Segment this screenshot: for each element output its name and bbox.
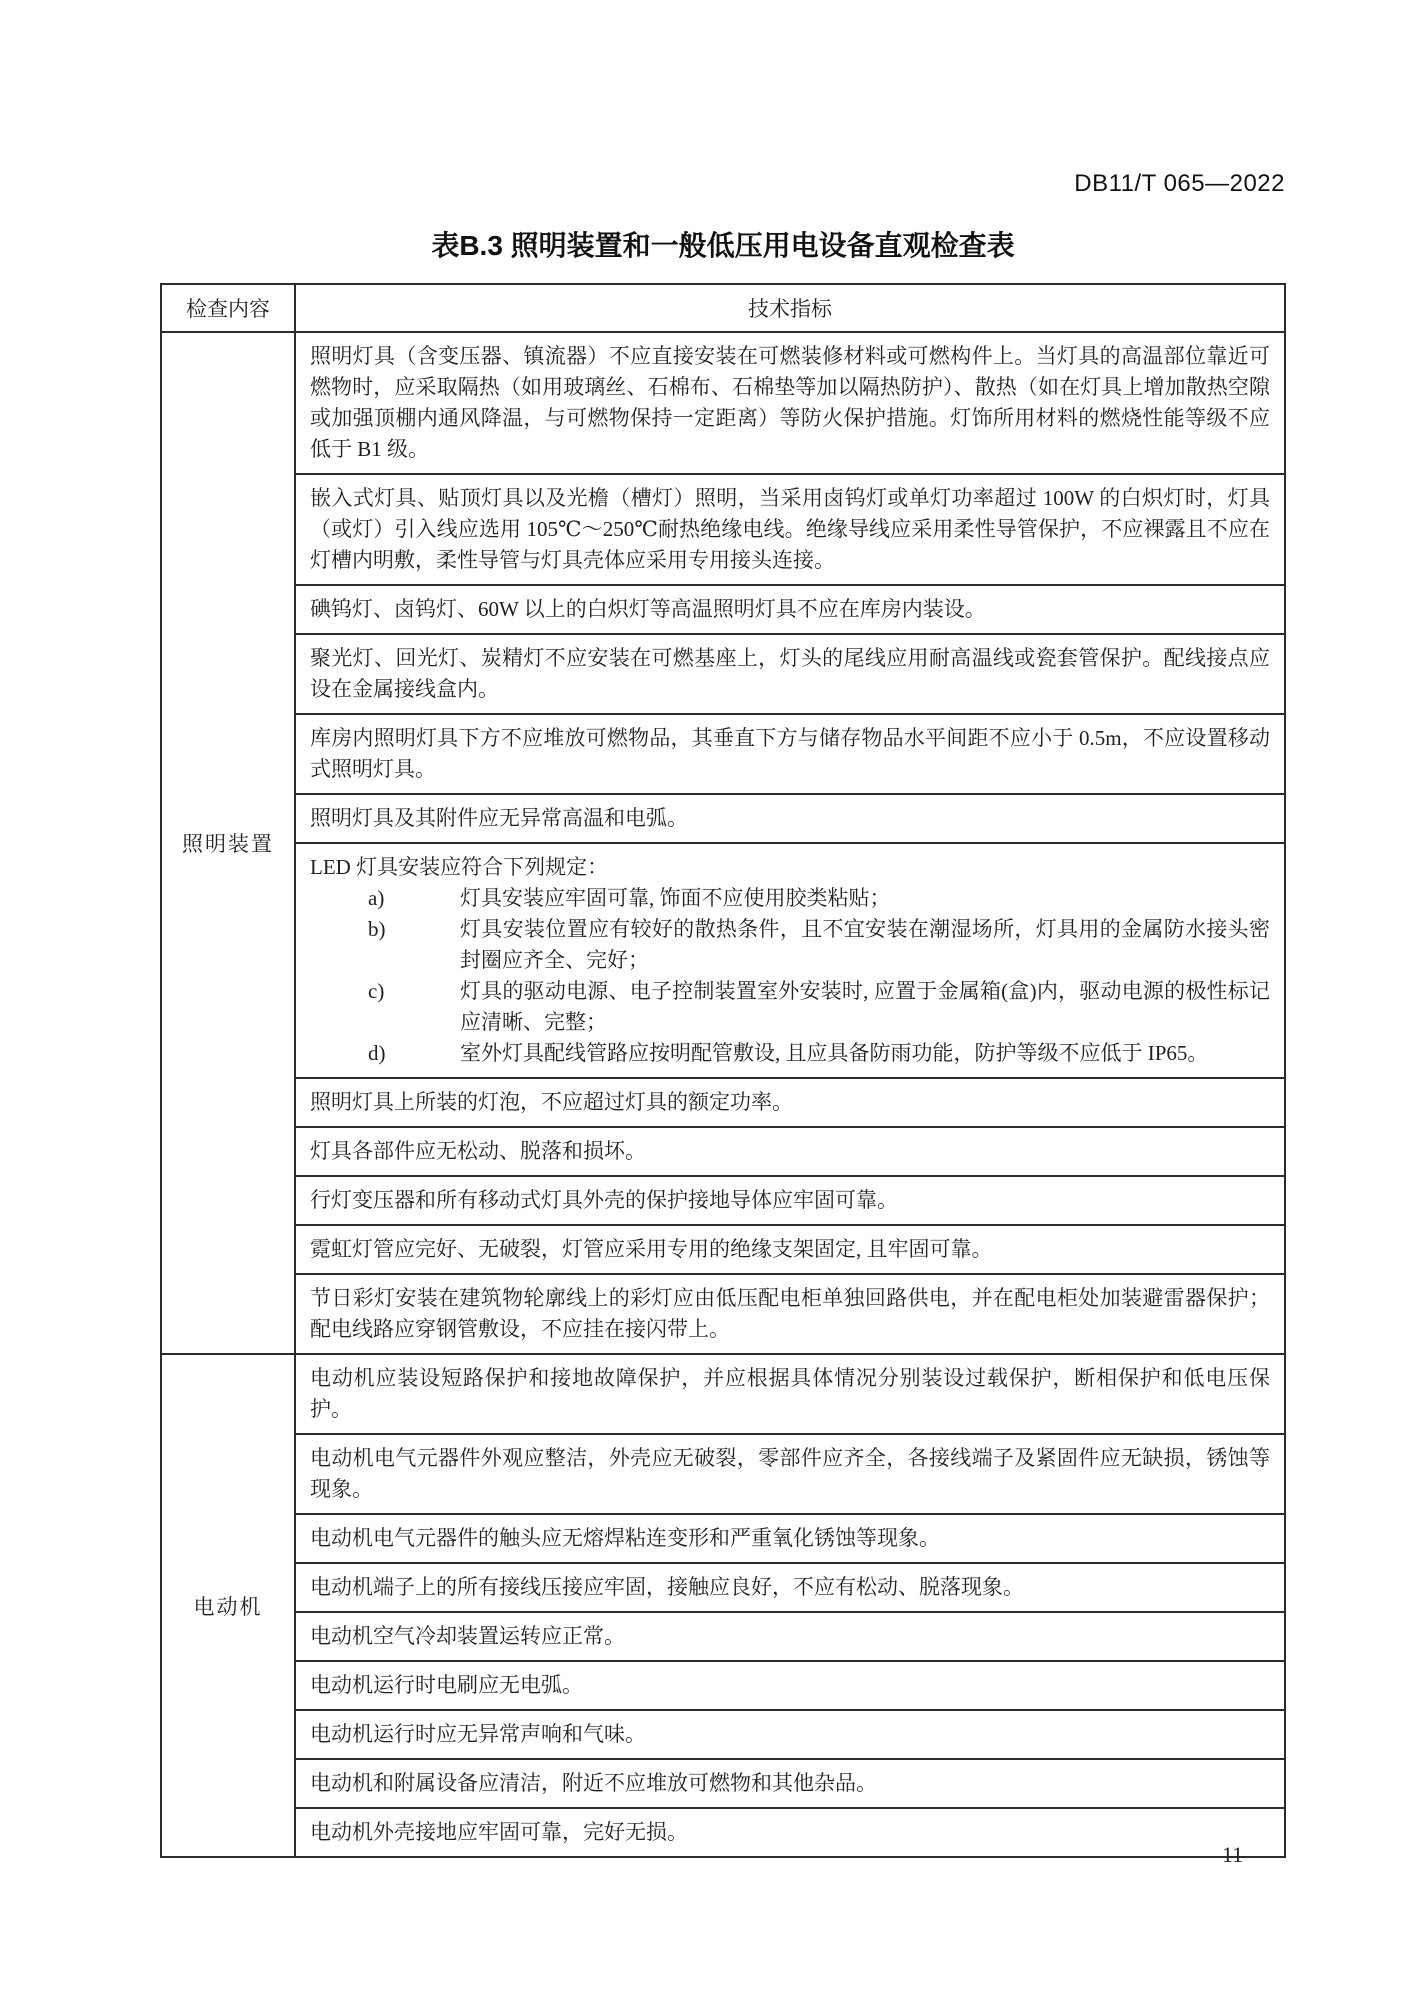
table-row: 电动机电气元器件的触头应无熔焊粘连变形和严重氧化锈蚀等现象。 bbox=[161, 1514, 1285, 1563]
table-row: 电动机运行时应无异常声响和气味。 bbox=[161, 1710, 1285, 1759]
technical-spec-cell: 库房内照明灯具下方不应堆放可燃物品，其垂直下方与储存物品水平间距不应小于 0.5… bbox=[295, 714, 1285, 794]
technical-spec-cell: 聚光灯、回光灯、炭精灯不应安装在可燃基座上，灯头的尾线应用耐高温线或瓷套管保护。… bbox=[295, 634, 1285, 714]
doc-header: DB11/T 065—2022 bbox=[1074, 170, 1285, 198]
technical-spec-cell: 电动机端子上的所有接线压接应牢固，接触应良好，不应有松动、脱落现象。 bbox=[295, 1563, 1285, 1612]
led-rule-item: d)室外灯具配线管路应按明配管敷设, 且应具备防雨功能，防护等级不应低于 IP6… bbox=[310, 1038, 1270, 1069]
table-row: 照明灯具上所装的灯泡，不应超过灯具的额定功率。 bbox=[161, 1078, 1285, 1127]
table-row: 电动机空气冷却装置运转应正常。 bbox=[161, 1612, 1285, 1661]
standard-number: DB11/T 065—2022 bbox=[1074, 170, 1285, 197]
document-page: DB11/T 065—2022 表B.3 照明装置和一般低压用电设备直观检查表 … bbox=[0, 0, 1413, 2000]
technical-spec-cell: 电动机电气元器件外观应整洁，外壳应无破裂，零部件应齐全，各接线端子及紧固件应无缺… bbox=[295, 1434, 1285, 1514]
table-row: 电动机和附属设备应清洁，附近不应堆放可燃物和其他杂品。 bbox=[161, 1759, 1285, 1808]
table-row: 电动机运行时电刷应无电弧。 bbox=[161, 1661, 1285, 1710]
technical-spec-cell: 嵌入式灯具、贴顶灯具以及光檐（槽灯）照明，当采用卤钨灯或单灯功率超过 100W … bbox=[295, 474, 1285, 585]
technical-spec-cell: 电动机运行时应无异常声响和气味。 bbox=[295, 1710, 1285, 1759]
technical-spec-cell: 电动机外壳接地应牢固可靠，完好无损。 bbox=[295, 1808, 1285, 1857]
list-marker: c) bbox=[368, 976, 460, 1038]
list-marker: d) bbox=[368, 1038, 460, 1069]
table-body: 照明装置照明灯具（含变压器、镇流器）不应直接安装在可燃装修材料或可燃构件上。当灯… bbox=[161, 332, 1285, 1857]
table-row: 电动机电动机应装设短路保护和接地故障保护，并应根据具体情况分别装设过载保护，断相… bbox=[161, 1354, 1285, 1434]
technical-spec-cell: 照明灯具上所装的灯泡，不应超过灯具的额定功率。 bbox=[295, 1078, 1285, 1127]
table-row: 嵌入式灯具、贴顶灯具以及光檐（槽灯）照明，当采用卤钨灯或单灯功率超过 100W … bbox=[161, 474, 1285, 585]
led-rules-intro: LED 灯具安装应符合下列规定： bbox=[310, 852, 1270, 883]
led-rule-item: a)灯具安装应牢固可靠, 饰面不应使用胶类粘贴； bbox=[310, 883, 1270, 914]
inspection-table: 检查内容 技术指标 照明装置照明灯具（含变压器、镇流器）不应直接安装在可燃装修材… bbox=[160, 283, 1286, 1858]
table-row: 碘钨灯、卤钨灯、60W 以上的白炽灯等高温照明灯具不应在库房内装设。 bbox=[161, 585, 1285, 634]
led-rule-item: b)灯具安装位置应有较好的散热条件，且不宜安装在潮湿场所，灯具用的金属防水接头密… bbox=[310, 914, 1270, 976]
list-item-text: 灯具的驱动电源、电子控制装置室外安装时, 应置于金属箱(盒)内，驱动电源的极性标… bbox=[460, 976, 1270, 1038]
header-row: 检查内容 技术指标 bbox=[161, 284, 1285, 332]
technical-spec-cell: 电动机应装设短路保护和接地故障保护，并应根据具体情况分别装设过载保护，断相保护和… bbox=[295, 1354, 1285, 1434]
table-row: 电动机端子上的所有接线压接应牢固，接触应良好，不应有松动、脱落现象。 bbox=[161, 1563, 1285, 1612]
table-row: 节日彩灯安装在建筑物轮廓线上的彩灯应由低压配电柜单独回路供电，并在配电柜处加装避… bbox=[161, 1274, 1285, 1354]
inspection-category-cell: 照明装置 bbox=[161, 332, 295, 1354]
table-title: 表B.3 照明装置和一般低压用电设备直观检查表 bbox=[160, 224, 1286, 264]
table-row: LED 灯具安装应符合下列规定：a)灯具安装应牢固可靠, 饰面不应使用胶类粘贴；… bbox=[161, 843, 1285, 1078]
table-row: 行灯变压器和所有移动式灯具外壳的保护接地导体应牢固可靠。 bbox=[161, 1176, 1285, 1225]
table-row: 电动机电气元器件外观应整洁，外壳应无破裂，零部件应齐全，各接线端子及紧固件应无缺… bbox=[161, 1434, 1285, 1514]
technical-spec-cell: 电动机电气元器件的触头应无熔焊粘连变形和严重氧化锈蚀等现象。 bbox=[295, 1514, 1285, 1563]
technical-spec-cell: 节日彩灯安装在建筑物轮廓线上的彩灯应由低压配电柜单独回路供电，并在配电柜处加装避… bbox=[295, 1274, 1285, 1354]
list-item-text: 灯具安装位置应有较好的散热条件，且不宜安装在潮湿场所，灯具用的金属防水接头密封圈… bbox=[460, 914, 1270, 976]
list-marker: a) bbox=[368, 883, 460, 914]
technical-spec-cell: 电动机运行时电刷应无电弧。 bbox=[295, 1661, 1285, 1710]
table-row: 电动机外壳接地应牢固可靠，完好无损。 bbox=[161, 1808, 1285, 1857]
technical-spec-cell: LED 灯具安装应符合下列规定：a)灯具安装应牢固可靠, 饰面不应使用胶类粘贴；… bbox=[295, 843, 1285, 1078]
table-row: 照明灯具及其附件应无异常高温和电弧。 bbox=[161, 794, 1285, 843]
page-number: 11 bbox=[1222, 1842, 1243, 1868]
table-header: 检查内容 技术指标 bbox=[161, 284, 1285, 332]
technical-spec-cell: 灯具各部件应无松动、脱落和损坏。 bbox=[295, 1127, 1285, 1176]
led-rule-item: c)灯具的驱动电源、电子控制装置室外安装时, 应置于金属箱(盒)内，驱动电源的极… bbox=[310, 976, 1270, 1038]
list-marker: b) bbox=[368, 914, 460, 976]
technical-spec-cell: 照明灯具（含变压器、镇流器）不应直接安装在可燃装修材料或可燃构件上。当灯具的高温… bbox=[295, 332, 1285, 474]
column-header-technical-spec: 技术指标 bbox=[295, 284, 1285, 332]
column-header-inspection-content: 检查内容 bbox=[161, 284, 295, 332]
technical-spec-cell: 照明灯具及其附件应无异常高温和电弧。 bbox=[295, 794, 1285, 843]
technical-spec-cell: 碘钨灯、卤钨灯、60W 以上的白炽灯等高温照明灯具不应在库房内装设。 bbox=[295, 585, 1285, 634]
table-row: 聚光灯、回光灯、炭精灯不应安装在可燃基座上，灯头的尾线应用耐高温线或瓷套管保护。… bbox=[161, 634, 1285, 714]
table-row: 霓虹灯管应完好、无破裂，灯管应采用专用的绝缘支架固定, 且牢固可靠。 bbox=[161, 1225, 1285, 1274]
technical-spec-cell: 行灯变压器和所有移动式灯具外壳的保护接地导体应牢固可靠。 bbox=[295, 1176, 1285, 1225]
table-row: 灯具各部件应无松动、脱落和损坏。 bbox=[161, 1127, 1285, 1176]
technical-spec-cell: 电动机空气冷却装置运转应正常。 bbox=[295, 1612, 1285, 1661]
list-item-text: 室外灯具配线管路应按明配管敷设, 且应具备防雨功能，防护等级不应低于 IP65。 bbox=[460, 1038, 1270, 1069]
list-item-text: 灯具安装应牢固可靠, 饰面不应使用胶类粘贴； bbox=[460, 883, 1270, 914]
table-row: 库房内照明灯具下方不应堆放可燃物品，其垂直下方与储存物品水平间距不应小于 0.5… bbox=[161, 714, 1285, 794]
technical-spec-cell: 霓虹灯管应完好、无破裂，灯管应采用专用的绝缘支架固定, 且牢固可靠。 bbox=[295, 1225, 1285, 1274]
table-row: 照明装置照明灯具（含变压器、镇流器）不应直接安装在可燃装修材料或可燃构件上。当灯… bbox=[161, 332, 1285, 474]
inspection-category-cell: 电动机 bbox=[161, 1354, 295, 1857]
technical-spec-cell: 电动机和附属设备应清洁，附近不应堆放可燃物和其他杂品。 bbox=[295, 1759, 1285, 1808]
